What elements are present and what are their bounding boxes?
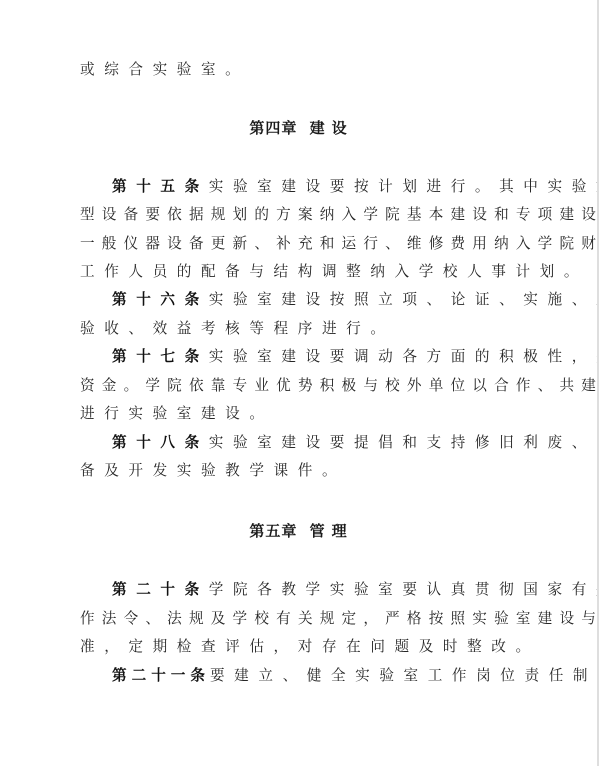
chapter-title-char: 建 (310, 119, 326, 137)
article-21-line-1: 第二十一条要建立、健全实验室工作岗位责任制，定期对 (112, 666, 562, 686)
article-17-line-1: 第十七条实验室建设要调动各方面的积极性，多渠道筹措 (112, 347, 562, 367)
chapter-title-char: 理 (332, 522, 348, 540)
article-label: 第二十一条 (112, 667, 210, 684)
article-17-line-2: 资金。学院依靠专业优势积极与校外单位以合作、共建等方式 (80, 376, 530, 396)
article-text: 实验室建设要按计划进行。其中实验室设施及大 (209, 178, 599, 195)
article-text: 实验室建设按照立项、论证、实施、监督、竣工、 (209, 291, 599, 308)
chapter-title-char: 管 (310, 522, 326, 540)
article-text: 实验室建设要提倡和支持修旧利废、自制仪器设 (209, 434, 599, 451)
article-15-line-3: 一般仪器设备更新、补充和运行、维修费用纳入学院财务计划； (80, 234, 530, 254)
article-20-line-1: 第二十条学院各教学实验室要认真贯彻国家有关实验室工 (112, 580, 562, 600)
article-text: 要建立、健全实验室工作岗位责任制，定期对 (210, 667, 599, 684)
article-label: 第十八条 (112, 434, 209, 451)
chapter-number: 第四章 (249, 119, 297, 137)
article-18-line-2: 备及开发实验教学课件。 (80, 461, 530, 481)
article-text: 学院各教学实验室要认真贯彻国家有关实验室工 (209, 581, 599, 598)
article-label: 第二十条 (112, 581, 209, 598)
article-18-line-1: 第十八条实验室建设要提倡和支持修旧利废、自制仪器设 (112, 433, 562, 453)
chapter-heading-4: 第四章 建设 (0, 118, 597, 138)
article-label: 第十七条 (112, 348, 209, 365)
article-label: 第十六条 (112, 291, 209, 308)
article-20-line-3: 准，定期检查评估，对存在问题及时整改。 (80, 637, 530, 657)
article-15-line-1: 第十五条实验室建设要按计划进行。其中实验室设施及大 (112, 177, 562, 197)
chapter-heading-5: 第五章 管理 (0, 521, 597, 541)
article-15-line-2: 型设备要依据规划的方案纳入学院基本建设和专项建设计划； (80, 205, 530, 225)
article-text: 实验室建设要调动各方面的积极性，多渠道筹措 (209, 348, 599, 365)
article-20-line-2: 作法令、法规及学校有关规定，严格按照实验室建设与评估标 (80, 609, 530, 629)
chapter-title-char: 设 (332, 119, 348, 137)
article-16-line-2: 验收、效益考核等程序进行。 (80, 319, 530, 339)
chapter-number: 第五章 (249, 522, 297, 540)
article-label: 第十五条 (112, 178, 209, 195)
paragraph-continuation: 或综合实验室。 (80, 60, 530, 80)
article-15-line-4: 工作人员的配备与结构调整纳入学校人事计划。 (80, 262, 530, 282)
article-17-line-3: 进行实验室建设。 (80, 404, 530, 424)
document-page: 或综合实验室。 第四章 建设 第十五条实验室建设要按计划进行。其中实验室设施及大… (0, 0, 597, 766)
article-16-line-1: 第十六条实验室建设按照立项、论证、实施、监督、竣工、 (112, 290, 562, 310)
